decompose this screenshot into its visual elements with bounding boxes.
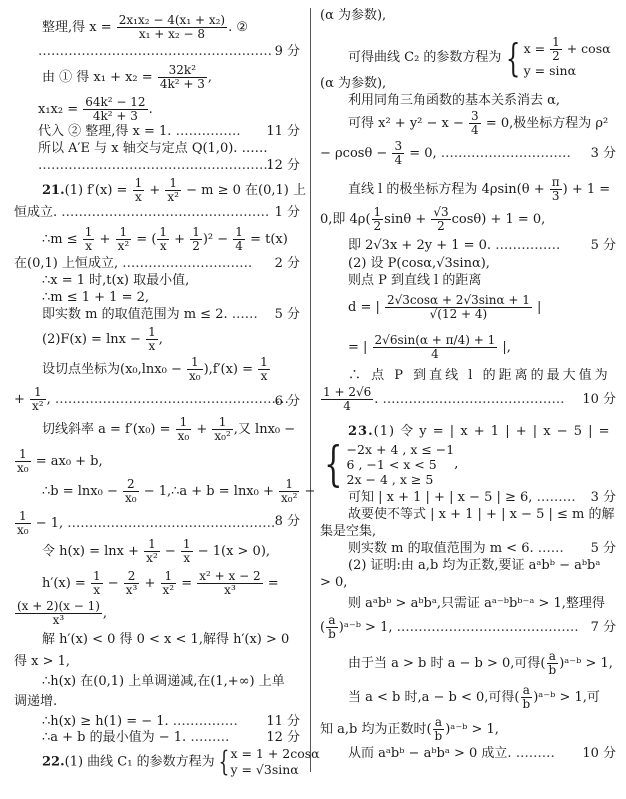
denominator: b bbox=[326, 628, 338, 641]
text: (α 为参数), bbox=[320, 8, 386, 23]
line-r19: 故要使不等式 | x + 1 | + | x − 5 | ≤ m 的解 bbox=[348, 507, 614, 523]
line-r11: 则点 P 到直线 l 的距离 bbox=[348, 273, 481, 289]
line-l23: h′(x) = 1x − 2x³ + 1x² = x² + x − 2x³ = bbox=[42, 570, 279, 597]
fraction: 2√3cosα + 2√3sinα + 1√(12 + 4) bbox=[385, 294, 532, 321]
suffix: . ② bbox=[228, 20, 248, 35]
fraction: 1x² bbox=[116, 226, 132, 253]
text: 设切点坐标为(x₀,lnx₀ − bbox=[42, 362, 186, 377]
fraction: 1x bbox=[258, 356, 270, 383]
score: 6 分 bbox=[275, 394, 300, 410]
line-r8: 0,即 4ρ(12sinθ + √32cosθ) + 1 = 0, bbox=[320, 206, 545, 233]
suffix: )ᵃ⁻ᵇ > 1,可 bbox=[533, 690, 600, 705]
column-divider bbox=[310, 8, 311, 772]
text: = | bbox=[348, 340, 372, 355]
case-line: x = 12 + cosα bbox=[524, 36, 611, 63]
line-r21: 则实数 m 的取值范围为 m < 6. ……5 分 bbox=[348, 541, 616, 557]
dot-leader: ………………………………………… bbox=[61, 205, 269, 220]
fraction: 1x² bbox=[165, 177, 181, 204]
dot-leader: ………………………………………… bbox=[67, 516, 275, 531]
score: 11 分 bbox=[266, 124, 300, 140]
denominator: 4k² + 3 bbox=[83, 110, 147, 123]
denominator: 2 bbox=[372, 220, 384, 233]
case-line: −2x + 4 , x ≤ −1 bbox=[347, 442, 455, 457]
suffix: = 0,极坐标方程为 ρ² bbox=[482, 116, 609, 131]
text: ∴b = lnx₀ − bbox=[42, 484, 122, 499]
line-l15: (2)F(x) = lnx − 1x, bbox=[42, 326, 163, 353]
operator: = bbox=[177, 576, 196, 591]
text: 故要使不等式 | x + 1 | + | x − 5 | ≤ m 的解 bbox=[348, 507, 614, 522]
fraction: 1x² bbox=[30, 386, 46, 413]
line-r17: {−2x + 4 , x ≤ −16 , −1 < x < 52x − 4 , … bbox=[318, 440, 458, 488]
line-l5: 代入 ② 整理,得 x = 1. ……………11 分 bbox=[38, 124, 300, 140]
text: ∴ 点 P 到直线 l 的距离的最大值为 bbox=[348, 368, 611, 383]
denominator: x bbox=[181, 552, 193, 565]
numerator: 1 bbox=[116, 226, 132, 240]
numerator: 3 bbox=[469, 110, 481, 124]
text: (1) 令 y = | x + 1 | + | x − 5 | = bbox=[374, 424, 611, 439]
left-brace-icon: { bbox=[506, 39, 521, 77]
text: 可知 | x + 1 | + | x − 5 | ≥ 6, bbox=[348, 490, 537, 505]
fraction: 64k² − 124k² + 3 bbox=[83, 96, 147, 123]
line-l8: 21.(1) f′(x) = 1x + 1x² − m ≥ 0 在(0,1) 上 bbox=[42, 177, 306, 204]
dot-leader: …………… bbox=[173, 714, 238, 729]
numerator: 2 bbox=[124, 570, 140, 584]
fraction: ab bbox=[326, 614, 338, 641]
line-l22: 令 h(x) = lnx + 1x² − 1x − 1(x > 0), bbox=[42, 538, 270, 565]
dot-leader: ……………………………………………… bbox=[55, 392, 289, 407]
suffix: )ᵃ⁻ᵇ > 1, bbox=[559, 656, 613, 671]
numerator: a bbox=[433, 716, 445, 730]
denominator: x₀ bbox=[15, 524, 31, 537]
text: 即 2√3x + 2y + 1 = 0. bbox=[348, 238, 495, 253]
score: 5 分 bbox=[275, 307, 300, 323]
line-l12: ∴x = 1 时,t(x) 取最小值, bbox=[42, 273, 189, 289]
score: 3 分 bbox=[591, 490, 616, 506]
operator: + bbox=[140, 576, 159, 591]
case-line: x = 1 + 2cosα bbox=[230, 746, 319, 762]
denominator: 4 bbox=[321, 400, 373, 413]
text: 得 x > 1, bbox=[14, 654, 70, 669]
denominator: 4 bbox=[233, 240, 245, 253]
text: 则实数 m 的取值范围为 m < 6. bbox=[348, 541, 538, 556]
text: + cosα bbox=[563, 41, 611, 56]
suffix: − m ≥ 0 在(0,1) 上 bbox=[182, 183, 306, 198]
line-l2: ………………………………………………9 分 bbox=[38, 44, 300, 60]
suffix: ) + 1 = bbox=[563, 182, 611, 197]
denominator: x bbox=[146, 340, 158, 353]
question-number: 21. bbox=[42, 183, 65, 198]
text: ( bbox=[320, 620, 325, 635]
dot-leader: ……………………………………………… bbox=[38, 158, 272, 173]
score: 8 分 bbox=[275, 514, 300, 530]
line-r23: > 0, bbox=[320, 575, 347, 591]
text: (2) 设 P(cosα,√3sinα), bbox=[348, 256, 490, 271]
suffix: )ᵃ⁻ᵇ > 1, bbox=[339, 620, 397, 635]
line-r5: 可得 x² + y² − x − 34 = 0,极坐标方程为 ρ² bbox=[348, 110, 608, 137]
line-l16: 设切点坐标为(x₀,lnx₀ − 1x₀),f′(x) = 1x bbox=[42, 356, 271, 383]
numerator: 2√6sin(α + π/4) + 1 bbox=[373, 334, 498, 348]
dot-leader: ……………………………………………… bbox=[38, 44, 272, 59]
suffix: , bbox=[454, 457, 458, 472]
line-r9: 即 2√3x + 2y + 1 = 0. ……………5 分 bbox=[348, 238, 616, 254]
case-line: y = √3sinα bbox=[230, 762, 319, 778]
dot-leader: ………………………… bbox=[122, 256, 252, 271]
fraction: 1x² bbox=[144, 538, 160, 565]
line-l10: ∴m ≤ 1x + 1x² = (1x + 12)² − 14 = t(x) bbox=[42, 226, 288, 253]
line-r26: 由于当 a > b 时 a − b > 0,可得(ab)ᵃ⁻ᵇ > 1, bbox=[348, 650, 613, 677]
dot-leader: …… bbox=[538, 541, 564, 556]
numerator: 1 bbox=[372, 206, 384, 220]
fraction: 34 bbox=[392, 140, 404, 167]
fraction: 1 + 2√64 bbox=[321, 386, 373, 413]
text: 即实数 m 的取值范围为 m ≤ 2. bbox=[42, 307, 232, 322]
line-r2: 可得曲线 C₂ 的参数方程为{x = 12 + cosαy = sinα bbox=[348, 36, 611, 79]
denominator: x² bbox=[30, 400, 46, 413]
line-l31: 22.(1) 曲线 C₁ 的参数方程为{x = 1 + 2cosαy = √3s… bbox=[42, 746, 320, 778]
line-l28: 调递增. bbox=[14, 694, 57, 710]
dot-leader: …… bbox=[232, 307, 258, 322]
line-l14: 即实数 m 的取值范围为 m ≤ 2. ……5 分 bbox=[42, 307, 300, 323]
denominator: 2 bbox=[550, 50, 562, 63]
fraction: 1x bbox=[146, 326, 158, 353]
denominator: x bbox=[133, 191, 145, 204]
numerator: 1 bbox=[133, 177, 145, 191]
numerator: 32k² bbox=[158, 64, 207, 78]
score: 11 分 bbox=[266, 714, 300, 730]
operator: − bbox=[104, 576, 123, 591]
operator: − bbox=[161, 544, 180, 559]
suffix: , bbox=[103, 606, 107, 621]
suffix: = 0, bbox=[405, 146, 441, 161]
text: ∴m ≤ 1 + 1 = 2, bbox=[42, 290, 149, 305]
question-number: 23. bbox=[348, 424, 374, 439]
text: 0,即 4ρ( bbox=[320, 212, 371, 227]
line-r15: 1 + 2√64. ……………………………………10 分 bbox=[320, 386, 616, 413]
denominator: b bbox=[433, 730, 445, 743]
fraction: 1x² bbox=[161, 570, 177, 597]
line-r22: (2) 证明:由 a,b 均为正数,要证 aᵃbᵇ − aᵇbᵃ bbox=[348, 558, 600, 574]
dot-leader: ……… bbox=[537, 490, 576, 505]
text: ∴x = 1 时,t(x) 取最小值, bbox=[42, 273, 189, 288]
fraction: 1x bbox=[83, 226, 95, 253]
line-r1: (α 为参数), bbox=[320, 8, 386, 24]
numerator: 1 bbox=[15, 448, 31, 462]
score: 9 分 bbox=[275, 44, 300, 60]
numerator: 1 + 2√6 bbox=[321, 386, 373, 400]
fraction: x² + x − 2x³ bbox=[197, 570, 262, 597]
numerator: a bbox=[326, 614, 338, 628]
operator: ),f′(x) = bbox=[204, 362, 258, 377]
numerator: 1 bbox=[15, 510, 31, 524]
text: 代入 ② 整理,得 x = 1. bbox=[38, 124, 176, 139]
text: 利用同角三角函数的基本关系消去 α, bbox=[348, 93, 560, 108]
denominator: 4k² + 3 bbox=[158, 78, 207, 91]
numerator: 2√3cosα + 2√3sinα + 1 bbox=[385, 294, 532, 308]
text: x = bbox=[524, 41, 549, 56]
numerator: a bbox=[547, 650, 559, 664]
cases: x = 12 + cosαy = sinα bbox=[524, 36, 611, 79]
fraction: 32k²4k² + 3 bbox=[158, 64, 207, 91]
text: 直线 l 的极坐标方程为 4ρsin(θ + bbox=[348, 182, 549, 197]
suffix: = ax₀ + b, bbox=[32, 454, 103, 469]
numerator: 3 bbox=[392, 140, 404, 154]
text: h′(x) = bbox=[42, 576, 90, 591]
text: 所以 A′E 与 x 轴交与定点 Q(1,0). …… bbox=[38, 141, 268, 156]
line-l3: 由 ① 得 x₁ + x₂ = 32k²4k² + 3, bbox=[42, 64, 212, 91]
denominator: x₀ bbox=[15, 462, 31, 475]
text: 知 a,b 均为正数时( bbox=[320, 722, 432, 737]
text: 则 aᵃbᵇ > aᵇbᵃ,只需证 aᵃ⁻ᵇbᵇ⁻ᵃ > 1,整理得 bbox=[348, 596, 605, 611]
denominator: 2 bbox=[431, 220, 450, 233]
denominator: x³ bbox=[197, 584, 262, 597]
denominator: x₀ bbox=[176, 430, 192, 443]
operator: + bbox=[145, 183, 164, 198]
denominator: x² bbox=[144, 552, 160, 565]
fraction: 14 bbox=[233, 226, 245, 253]
text: 可得 x² + y² − x − bbox=[348, 116, 468, 131]
line-r7: 直线 l 的极坐标方程为 4ρsin(θ + π3) + 1 = bbox=[348, 176, 610, 203]
suffix: = t(x) bbox=[246, 232, 288, 247]
fraction: 2√6sin(α + π/4) + 14 bbox=[373, 334, 498, 361]
line-r20: 集是空集, bbox=[320, 524, 376, 540]
text: ∴m ≤ bbox=[42, 232, 82, 247]
numerator: 1 bbox=[187, 356, 203, 370]
operator: + bbox=[192, 422, 211, 437]
cases: −2x + 4 , x ≤ −16 , −1 < x < 52x − 4 , x… bbox=[347, 442, 455, 487]
operator: )² − bbox=[203, 232, 232, 247]
suffix: . bbox=[149, 102, 153, 117]
denominator: √(12 + 4) bbox=[385, 308, 532, 321]
numerator: 1 bbox=[83, 226, 95, 240]
denominator: x² bbox=[161, 584, 177, 597]
fraction: √32 bbox=[431, 206, 450, 233]
fraction: 1x bbox=[181, 538, 193, 565]
numerator: 1 bbox=[258, 356, 270, 370]
text: (2) 证明:由 a,b 均为正数,要证 aᵃbᵇ − aᵇbᵃ bbox=[348, 558, 600, 573]
line-r29: 从而 aᵃbᵇ − aᵇbᵃ > 0 成立. ………10 分 bbox=[348, 746, 616, 762]
numerator: 1 bbox=[146, 326, 158, 340]
line-l13: ∴m ≤ 1 + 1 = 2, bbox=[42, 290, 149, 306]
denominator: 3 bbox=[550, 190, 562, 203]
line-l30: ∴a + b 的最小值为 − 1. ………12 分 bbox=[42, 730, 300, 746]
text: (1) 曲线 C₁ 的参数方程为 bbox=[65, 755, 215, 770]
fraction: 1x bbox=[133, 177, 145, 204]
dot-leader: ……… bbox=[516, 746, 555, 761]
text: > 0, bbox=[320, 575, 347, 590]
text: 从而 aᵃbᵇ − aᵇbᵃ > 0 成立. bbox=[348, 746, 516, 761]
line-l1: 整理,得 x = 2x₁x₂ − 4(x₁ + x₂)x₁ + x₂ − 8. … bbox=[42, 14, 248, 41]
denominator: b bbox=[547, 664, 559, 677]
fraction: 1x bbox=[157, 226, 169, 253]
numerator: √3 bbox=[431, 206, 450, 220]
text: + bbox=[14, 392, 29, 407]
suffix: cosθ) + 1 = 0, bbox=[452, 212, 546, 227]
numerator: 1 bbox=[144, 538, 160, 552]
line-l21: 1x₀ − 1, …………………………………………8 分 bbox=[14, 510, 300, 537]
line-r12: d = | 2√3cosα + 2√3sinα + 1√(12 + 4) | bbox=[348, 294, 541, 321]
fraction: 1x₀² bbox=[279, 478, 299, 505]
suffix: ,又 lnx₀ − bbox=[234, 422, 295, 437]
score: 2 分 bbox=[275, 256, 300, 272]
numerator: 1 bbox=[157, 226, 169, 240]
denominator: x₀ bbox=[123, 492, 139, 505]
numerator: 1 bbox=[91, 570, 103, 584]
score: 12 分 bbox=[266, 158, 300, 174]
text: 则点 P 到直线 l 的距离 bbox=[348, 273, 481, 288]
text: 令 h(x) = lnx + bbox=[42, 544, 143, 559]
numerator: a bbox=[521, 684, 533, 698]
score: 10 分 bbox=[582, 746, 616, 762]
text: − ρcosθ − bbox=[320, 146, 391, 161]
line-r3: (α 为参数), bbox=[320, 76, 386, 92]
denominator: x bbox=[157, 240, 169, 253]
suffix: , bbox=[159, 332, 163, 347]
denominator: x₀² bbox=[279, 492, 299, 505]
text: 整理,得 x = bbox=[42, 20, 116, 35]
dot-leader: ……… bbox=[190, 730, 229, 745]
score: 5 分 bbox=[591, 541, 616, 557]
score: 3 分 bbox=[591, 146, 616, 162]
fraction: 2x₀ bbox=[123, 478, 139, 505]
fraction: π3 bbox=[550, 176, 562, 203]
line-r6: − ρcosθ − 34 = 0, …………………………3 分 bbox=[320, 140, 616, 167]
denominator: 4 bbox=[373, 348, 498, 361]
line-l9: 恒成立. …………………………………………1 分 bbox=[14, 205, 300, 221]
suffix: . bbox=[374, 392, 382, 407]
fraction: 12 bbox=[372, 206, 384, 233]
fraction: 1x₀ bbox=[187, 356, 203, 383]
line-l18: 切线斜率 a = f′(x₀) = 1x₀ + 1x₀²,又 lnx₀ − bbox=[42, 416, 295, 443]
denominator: x² bbox=[165, 191, 181, 204]
numerator: 1 bbox=[161, 570, 177, 584]
line-l27: ∴h(x) 在(0,1) 上单调递减,在(1,+∞) 上单 bbox=[42, 674, 285, 690]
line-l19: 1x₀ = ax₀ + b, bbox=[14, 448, 103, 475]
numerator: 1 bbox=[30, 386, 46, 400]
text: 集是空集, bbox=[320, 524, 376, 539]
fraction: 1x₀ bbox=[15, 448, 31, 475]
fraction: (x + 2)(x − 1)x³ bbox=[15, 600, 102, 627]
line-r16: 23.(1) 令 y = | x + 1 | + | x − 5 | = bbox=[348, 424, 611, 440]
line-l24: (x + 2)(x − 1)x³, bbox=[14, 600, 107, 627]
suffix: | bbox=[533, 300, 542, 315]
denominator: x bbox=[91, 584, 103, 597]
fraction: 1x₀ bbox=[15, 510, 31, 537]
suffix: − 1, bbox=[32, 516, 68, 531]
denominator: b bbox=[521, 698, 533, 711]
text: 可得曲线 C₂ 的参数方程为 bbox=[348, 50, 501, 65]
question-number: 22. bbox=[42, 755, 65, 770]
numerator: 1 bbox=[279, 478, 299, 492]
line-l26: 得 x > 1, bbox=[14, 654, 70, 670]
fraction: 2x₁x₂ − 4(x₁ + x₂)x₁ + x₂ − 8 bbox=[117, 14, 227, 41]
numerator: (x + 2)(x − 1) bbox=[15, 600, 102, 614]
answer-key-page: 整理,得 x = 2x₁x₂ − 4(x₁ + x₂)x₁ + x₂ − 8. … bbox=[0, 0, 626, 799]
left-brace-icon: { bbox=[324, 440, 342, 488]
numerator: 1 bbox=[176, 416, 192, 430]
line-l4: x₁x₂ = 64k² − 124k² + 3. bbox=[38, 96, 153, 123]
numerator: 1 bbox=[212, 416, 232, 430]
denominator: x³ bbox=[15, 614, 102, 627]
fraction: ab bbox=[521, 684, 533, 711]
text: 由 ① 得 x₁ + x₂ = bbox=[42, 70, 157, 85]
dot-leader: ………………………… bbox=[441, 146, 571, 161]
line-l25: 解 h′(x) < 0 得 0 < x < 1,解得 h′(x) > 0 bbox=[42, 632, 289, 648]
numerator: 2 bbox=[123, 478, 139, 492]
numerator: 1 bbox=[190, 226, 202, 240]
line-r24: 则 aᵃbᵇ > aᵇbᵃ,只需证 aᵃ⁻ᵇbᵇ⁻ᵃ > 1,整理得 bbox=[348, 596, 605, 612]
fraction: 2x³ bbox=[124, 570, 140, 597]
line-r25: (ab)ᵃ⁻ᵇ > 1, ……………………………………7 分 bbox=[320, 614, 616, 641]
denominator: x bbox=[258, 370, 270, 383]
suffix: |, bbox=[498, 340, 511, 355]
text: (2)F(x) = lnx − bbox=[42, 332, 145, 347]
denominator: 4 bbox=[469, 124, 481, 137]
case-line: 2x − 4 , x ≥ 5 bbox=[347, 472, 455, 487]
text: ∴a + b 的最小值为 − 1. bbox=[42, 730, 190, 745]
line-r28: 知 a,b 均为正数时(ab)ᵃ⁻ᵇ > 1, bbox=[320, 716, 499, 743]
text: (α 为参数), bbox=[320, 76, 386, 91]
denominator: x₁ + x₂ − 8 bbox=[117, 28, 227, 41]
denominator: 4 bbox=[392, 154, 404, 167]
score: 1 分 bbox=[275, 205, 300, 221]
line-r4: 利用同角三角函数的基本关系消去 α, bbox=[348, 93, 560, 109]
operator: − 1,∴a + b = lnx₀ + bbox=[140, 484, 278, 499]
fraction: 1x₀ bbox=[176, 416, 192, 443]
text: 当 a < b 时,a − b < 0,可得( bbox=[348, 690, 520, 705]
numerator: π bbox=[550, 176, 562, 190]
dot-leader: …………… bbox=[176, 124, 241, 139]
numerator: 1 bbox=[181, 538, 193, 552]
line-l11: 在(0,1) 上恒成立, …………………………2 分 bbox=[14, 256, 300, 272]
text: sinθ + bbox=[384, 212, 430, 227]
numerator: 64k² − 12 bbox=[83, 96, 147, 110]
score: 7 分 bbox=[591, 620, 616, 636]
text: x₁x₂ = bbox=[38, 102, 82, 117]
score: 10 分 bbox=[582, 392, 616, 408]
score: 5 分 bbox=[591, 238, 616, 254]
denominator: x₀² bbox=[212, 430, 232, 443]
text: 切线斜率 a = f′(x₀) = bbox=[42, 422, 175, 437]
operator: + bbox=[170, 232, 189, 247]
line-l6: 所以 A′E 与 x 轴交与定点 Q(1,0). …… bbox=[38, 141, 268, 157]
dot-leader: …………………………………… bbox=[383, 392, 565, 407]
dot-leader: …………… bbox=[495, 238, 560, 253]
denominator: x² bbox=[116, 240, 132, 253]
line-r13: = | 2√6sin(α + π/4) + 14 |, bbox=[348, 334, 511, 361]
line-l7: ………………………………………………12 分 bbox=[38, 158, 300, 174]
line-r10: (2) 设 P(cosα,√3sinα), bbox=[348, 256, 490, 272]
line-r14: ∴ 点 P 到直线 l 的距离的最大值为 bbox=[348, 368, 611, 384]
suffix: − bbox=[300, 484, 315, 499]
fraction: 12 bbox=[190, 226, 202, 253]
numerator: x² + x − 2 bbox=[197, 570, 262, 584]
operator: = ( bbox=[132, 232, 156, 247]
fraction: 34 bbox=[469, 110, 481, 137]
text: 调递增. bbox=[14, 694, 57, 709]
numerator: 1 bbox=[165, 177, 181, 191]
suffix: , bbox=[208, 70, 212, 85]
text: 由于当 a > b 时 a − b > 0,可得( bbox=[348, 656, 546, 671]
denominator: x bbox=[83, 240, 95, 253]
score: 12 分 bbox=[266, 730, 300, 746]
line-l17: + 1x², ………………………………………………6 分 bbox=[14, 386, 300, 413]
text: ∴h(x) ≥ h(1) = − 1. bbox=[42, 714, 173, 729]
text: (1) f′(x) = bbox=[65, 183, 132, 198]
cases: x = 1 + 2cosαy = √3sinα bbox=[230, 746, 319, 778]
left-brace-icon: { bbox=[218, 748, 229, 776]
line-l20: ∴b = lnx₀ − 2x₀ − 1,∴a + b = lnx₀ + 1x₀²… bbox=[42, 478, 315, 505]
denominator: x₀ bbox=[187, 370, 203, 383]
